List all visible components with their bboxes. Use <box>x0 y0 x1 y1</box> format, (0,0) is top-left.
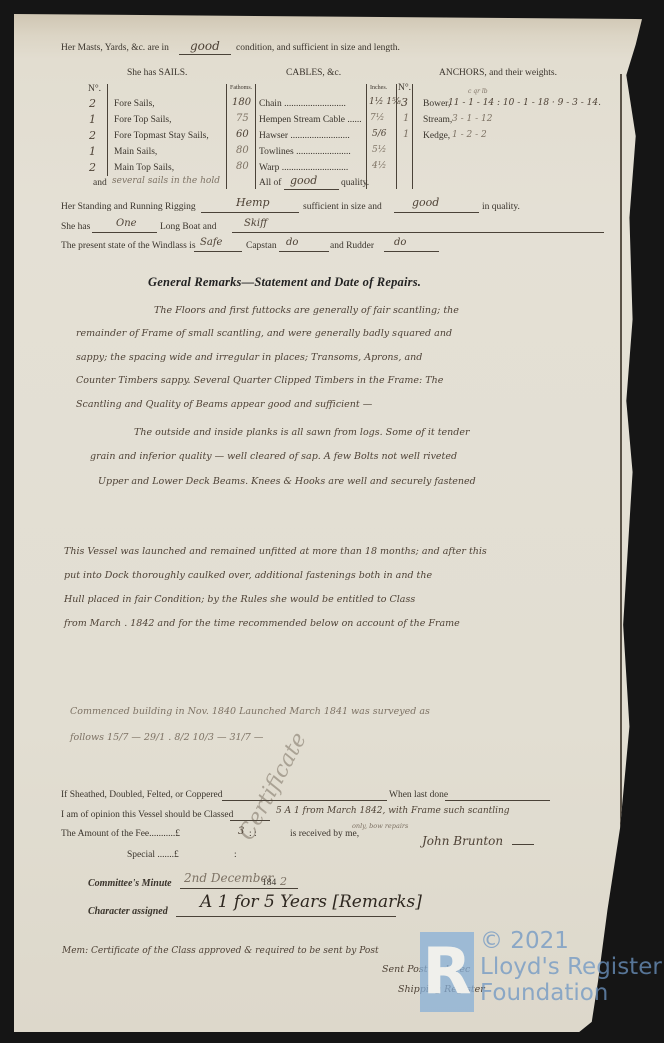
cable-inches: 5/6 <box>372 129 386 139</box>
anchor-count: 1 <box>403 129 409 140</box>
remarks-line: grain and inferior quality — well cleare… <box>90 451 457 462</box>
rigging-quality-value: good <box>412 196 439 209</box>
rigging-suffix: in quality. <box>482 202 520 212</box>
masts-suffix: condition, and sufficient in size and le… <box>236 43 400 53</box>
committee-minute-label: Committee's Minute <box>88 878 172 889</box>
remarks-line: Upper and Lower Deck Beams. Knees & Hook… <box>98 476 476 487</box>
boats-underline <box>92 232 157 233</box>
boats-underline <box>232 232 604 233</box>
cable-label: Warp ............................ <box>259 163 348 173</box>
lr-logo-icon: R <box>420 932 474 1012</box>
rigging-underline <box>201 212 299 213</box>
sails-and-label: and <box>93 178 107 188</box>
sail-count: 2 <box>89 161 96 174</box>
fathoms-header: Fathoms. <box>230 85 252 91</box>
remarks-line: put into Dock thoroughly caulked over, a… <box>64 570 432 581</box>
committee-year-suffix: 2 <box>280 875 287 888</box>
survey-report-page: Her Masts, Yards, &c. are in good condit… <box>14 14 642 1032</box>
anchor-weights: 1 - 2 - 2 <box>452 130 487 140</box>
remarks-line: The outside and inside planks is all saw… <box>134 427 470 438</box>
long-boat-label: Long Boat and <box>160 222 216 232</box>
sails-header: She has SAILS. <box>127 68 187 78</box>
table-divider <box>107 84 108 176</box>
classed-value-cont: only, bow repairs <box>352 822 408 830</box>
anchor-count: 1 <box>403 113 409 124</box>
cable-fathoms: 180 <box>232 97 251 108</box>
rudder-underline <box>384 251 439 252</box>
sheathing-underline <box>222 800 387 801</box>
signature-dash <box>512 844 534 845</box>
sail-label: Fore Topmast Stay Sails, <box>114 131 209 141</box>
cable-inches: 4½ <box>372 161 386 171</box>
fee-amount: 3 <box>238 826 244 837</box>
remarks-line: Scantling and Quality of Beams appear go… <box>76 399 372 410</box>
special-fee-separator: : <box>234 850 237 860</box>
anchor-count: 3 <box>401 96 408 109</box>
anchor-label: Kedge, <box>423 131 450 141</box>
remarks-line: Commenced building in Nov. 1840 Launched… <box>70 706 430 717</box>
sail-label: Fore Top Sails, <box>114 115 171 125</box>
when-last-done-underline <box>445 800 550 801</box>
sails-no-header: N°. <box>88 84 101 94</box>
anchor-weights: 11 - 1 - 14 : 10 - 1 - 18 · 9 - 3 - 14. <box>448 98 601 108</box>
committee-minute-value: 2nd December <box>184 871 273 885</box>
table-divider <box>226 84 227 189</box>
masts-underline <box>179 54 231 55</box>
fee-separators: : : <box>249 829 257 839</box>
sail-count: 2 <box>89 129 96 142</box>
rigging-middle: sufficient in size and <box>303 202 382 212</box>
remarks-line: sappy; the spacing wide and irregular in… <box>76 352 422 363</box>
fee-label: The Amount of the Fee...........£ <box>61 829 180 839</box>
masts-value: good <box>190 39 220 53</box>
rigging-label: Her Standing and Running Rigging <box>61 202 196 212</box>
rudder-label: and Rudder <box>330 241 374 251</box>
cable-label: Chain .......................... <box>259 99 346 109</box>
capstan-value: do <box>286 237 298 248</box>
remarks-line: Counter Timbers sappy. Several Quarter C… <box>76 375 443 386</box>
all-of-value: good <box>290 174 317 187</box>
cable-fathoms: 80 <box>236 145 249 156</box>
windlass-label: The present state of the Windlass is <box>61 241 196 251</box>
remarks-line: The Floors and first futtocks are genera… <box>154 305 459 316</box>
remarks-line: This Vessel was launched and remained un… <box>64 546 487 557</box>
rigging-quality-underline <box>394 212 479 213</box>
watermark-copyright: © 2021 <box>480 928 569 954</box>
anchor-units: c qr lb <box>468 88 488 95</box>
margin-annotation: Certificate <box>234 728 312 844</box>
page-border-rule <box>620 74 622 978</box>
character-underline <box>176 916 396 917</box>
fee-received-label: is received by me, <box>290 829 359 839</box>
boat-other-value: Skiff <box>244 218 267 229</box>
windlass-underline <box>194 251 242 252</box>
sheathing-label: If Sheathed, Doubled, Felted, or Coppere… <box>61 790 222 800</box>
table-divider <box>255 84 256 189</box>
special-fee-label: Special .......£ <box>127 850 179 860</box>
anchor-weights: 3 - 1 - 12 <box>452 114 492 124</box>
watermark-line1: Lloyd's Register <box>480 954 662 980</box>
when-last-done-label: When last done <box>389 790 448 800</box>
capstan-underline <box>279 251 329 252</box>
sail-label: Fore Sails, <box>114 99 155 109</box>
cable-fathoms: 75 <box>236 113 249 124</box>
cable-label: Towlines ....................... <box>259 147 351 157</box>
lr-logo-letter: R <box>420 932 474 1012</box>
sail-count: 2 <box>89 97 96 110</box>
cables-header: CABLES, &c. <box>286 68 341 78</box>
cable-inches: 1½ 1⅝ <box>369 97 401 107</box>
remarks-line: from March . 1842 and for the time recom… <box>64 618 460 629</box>
all-of-underline <box>284 189 339 190</box>
cable-label: Hawser ......................... <box>259 131 350 141</box>
windlass-value: Safe <box>200 237 222 248</box>
capstan-label: Capstan <box>246 241 277 251</box>
committee-minute-underline <box>180 888 298 889</box>
anchors-no-header: N°. <box>398 83 411 93</box>
cable-fathoms: 80 <box>236 161 249 172</box>
cable-fathoms: 60 <box>236 129 249 140</box>
character-assigned-label: Character assigned <box>88 906 168 917</box>
table-divider <box>412 84 413 189</box>
sail-label: Main Top Sails, <box>114 163 174 173</box>
all-of-label: All of <box>259 178 281 188</box>
table-divider <box>366 84 367 189</box>
committee-year-prefix: 184 <box>262 878 276 888</box>
watermark-line2: Foundation <box>480 980 608 1006</box>
anchor-label: Bower, <box>423 99 450 109</box>
inches-header: Inches. <box>370 85 387 91</box>
cable-inches: 7½ <box>370 113 384 123</box>
rudder-value: do <box>394 237 406 248</box>
masts-label: Her Masts, Yards, &c. are in <box>61 43 169 53</box>
remarks-heading: General Remarks—Statement and Date of Re… <box>148 275 421 290</box>
boats-label: She has <box>61 222 90 232</box>
rigging-value: Hemp <box>236 196 270 209</box>
classed-value: 5 A 1 from March 1842, with Frame such s… <box>276 806 510 816</box>
sail-label: Main Sails, <box>114 147 157 157</box>
anchor-label: Stream, <box>423 115 452 125</box>
remarks-line: remainder of Frame of small scantling, a… <box>76 328 452 339</box>
remarks-line: follows 15/7 — 29/1 . 8/2 10/3 — 31/7 — <box>70 732 263 743</box>
remarks-line: Hull placed in fair Condition; by the Ru… <box>64 594 415 605</box>
sail-count: 1 <box>89 145 96 158</box>
quality-label: quality. <box>341 178 369 188</box>
sail-count: 1 <box>89 113 96 126</box>
surveyor-signature: John Brunton <box>422 834 503 848</box>
cable-label: Hempen Stream Cable ...... <box>259 115 362 125</box>
classed-underline <box>230 820 270 821</box>
character-assigned-value: A 1 for 5 Years [Remarks] <box>200 892 422 912</box>
classed-label: I am of opinion this Vessel should be Cl… <box>61 810 233 820</box>
certificate-memo: Mem: Certificate of the Class approved &… <box>62 946 379 956</box>
long-boat-count: One <box>116 218 137 229</box>
anchors-header: ANCHORS, and their weights. <box>439 68 557 78</box>
sails-and-value: several sails in the hold <box>112 176 220 186</box>
cable-inches: 5½ <box>372 145 386 155</box>
